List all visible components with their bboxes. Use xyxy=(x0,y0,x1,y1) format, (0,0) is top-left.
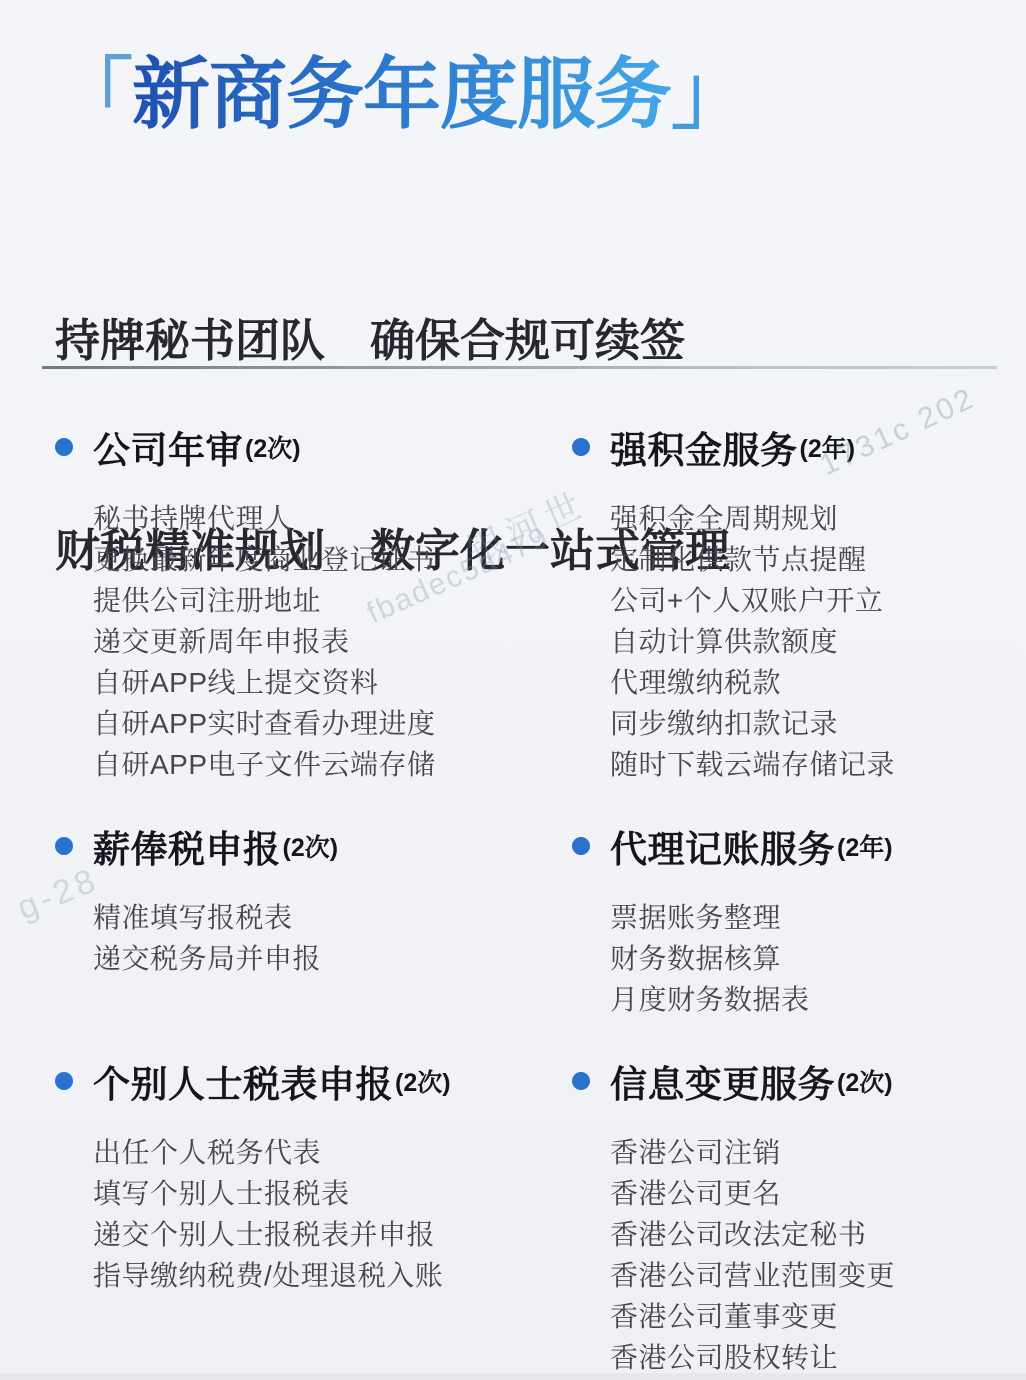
section-header: 个别人士税表申报 (2次) xyxy=(55,1058,572,1104)
section-count: (2年) xyxy=(837,828,893,864)
list-item: 自动计算供款额度 xyxy=(610,619,1000,660)
page-bottom-edge xyxy=(0,1373,1026,1380)
section-info-change-service: 信息变更服务 (2次) 香港公司注销 香港公司更名 香港公司改法定秘书 香港公司… xyxy=(572,1058,1000,1376)
list-item: 出任个人税务代表 xyxy=(93,1130,572,1171)
section-title: 薪俸税申报 xyxy=(93,819,281,873)
section-item-list: 出任个人税务代表 填写个别人士报税表 递交个别人士报税表并申报 指导缴纳税费/处… xyxy=(93,1130,572,1294)
section-mpf-service: 强积金服务 (2年) 强积金全周期规划 定制化供款节点提醒 公司+个人双账户开立… xyxy=(572,424,1000,783)
list-item: 精准填写报税表 xyxy=(93,895,572,936)
section-item-list: 强积金全周期规划 定制化供款节点提醒 公司+个人双账户开立 自动计算供款额度 代… xyxy=(610,496,1000,783)
section-bullet-icon xyxy=(572,837,590,855)
list-item: 香港公司董事变更 xyxy=(610,1294,1000,1335)
section-bookkeeping-service: 代理记账服务 (2年) 票据账务整理 财务数据核算 月度财务数据表 xyxy=(572,823,1000,1018)
page-title: 「新商务年度服务」 xyxy=(55,40,748,148)
section-bullet-icon xyxy=(55,438,73,456)
section-header: 代理记账服务 (2年) xyxy=(572,823,1000,869)
list-item: 财务数据核算 xyxy=(610,936,1000,977)
list-item: 自研APP实时查看办理进度 xyxy=(93,701,572,742)
section-count: (2次) xyxy=(245,429,301,465)
list-item: 定制化供款节点提醒 xyxy=(610,537,1000,578)
section-title: 强积金服务 xyxy=(610,420,798,474)
section-bullet-icon xyxy=(572,1072,590,1090)
section-header: 强积金服务 (2年) xyxy=(572,424,1000,470)
section-count: (2年) xyxy=(800,429,856,465)
list-item: 香港公司营业范围变更 xyxy=(610,1253,1000,1294)
section-item-list: 精准填写报税表 递交税务局并申报 xyxy=(93,895,572,977)
list-item: 代理缴纳税款 xyxy=(610,660,1000,701)
list-item: 提供公司注册地址 xyxy=(93,578,572,619)
list-item: 香港公司改法定秘书 xyxy=(610,1212,1000,1253)
section-bullet-icon xyxy=(572,438,590,456)
list-item: 月度财务数据表 xyxy=(610,977,1000,1018)
list-item: 公司+个人双账户开立 xyxy=(610,578,1000,619)
section-title: 信息变更服务 xyxy=(610,1054,835,1108)
section-bullet-icon xyxy=(55,1072,73,1090)
list-item: 随时下载云端存储记录 xyxy=(610,742,1000,783)
section-company-annual-review: 公司年审 (2次) 秘书持牌代理人 更换最新年度商业登记证书 提供公司注册地址 … xyxy=(55,424,572,783)
section-header: 公司年审 (2次) xyxy=(55,424,572,470)
list-item: 香港公司注销 xyxy=(610,1130,1000,1171)
list-item: 自研APP线上提交资料 xyxy=(93,660,572,701)
section-title: 代理记账服务 xyxy=(610,819,835,873)
service-poster: 「新商务年度服务」 持牌秘书团队 确保合规可续签 财税精准规划 数字化一站式管理… xyxy=(0,0,1026,1380)
list-item: 秘书持牌代理人 xyxy=(93,496,572,537)
section-count: (2次) xyxy=(837,1063,893,1099)
list-item: 填写个别人士报税表 xyxy=(93,1171,572,1212)
section-salaries-tax-filing: 薪俸税申报 (2次) 精准填写报税表 递交税务局并申报 xyxy=(55,823,572,1018)
list-item: 递交税务局并申报 xyxy=(93,936,572,977)
title-open-bracket: 「 xyxy=(55,50,132,138)
list-item: 更换最新年度商业登记证书 xyxy=(93,537,572,578)
section-item-list: 香港公司注销 香港公司更名 香港公司改法定秘书 香港公司营业范围变更 香港公司董… xyxy=(610,1130,1000,1376)
title-text: 新商务年度服务 xyxy=(132,50,671,138)
title-close-bracket: 」 xyxy=(671,50,748,138)
section-item-list: 秘书持牌代理人 更换最新年度商业登记证书 提供公司注册地址 递交更新周年申报表 … xyxy=(93,496,572,783)
list-item: 香港公司股权转让 xyxy=(610,1335,1000,1376)
service-sections-grid: 公司年审 (2次) 秘书持牌代理人 更换最新年度商业登记证书 提供公司注册地址 … xyxy=(55,424,1000,1376)
list-item: 同步缴纳扣款记录 xyxy=(610,701,1000,742)
section-bullet-icon xyxy=(55,837,73,855)
list-item: 指导缴纳税费/处理退税入账 xyxy=(93,1253,572,1294)
section-title: 个别人士税表申报 xyxy=(93,1054,393,1108)
divider-line xyxy=(42,366,997,369)
section-header: 薪俸税申报 (2次) xyxy=(55,823,572,869)
section-count: (2次) xyxy=(283,828,339,864)
list-item: 递交更新周年申报表 xyxy=(93,619,572,660)
section-title: 公司年审 xyxy=(93,420,243,474)
section-item-list: 票据账务整理 财务数据核算 月度财务数据表 xyxy=(610,895,1000,1018)
list-item: 递交个别人士报税表并申报 xyxy=(93,1212,572,1253)
list-item: 强积金全周期规划 xyxy=(610,496,1000,537)
list-item: 香港公司更名 xyxy=(610,1171,1000,1212)
list-item: 自研APP电子文件云端存储 xyxy=(93,742,572,783)
section-header: 信息变更服务 (2次) xyxy=(572,1058,1000,1104)
section-individual-tax-filing: 个别人士税表申报 (2次) 出任个人税务代表 填写个别人士报税表 递交个别人士报… xyxy=(55,1058,572,1376)
list-item: 票据账务整理 xyxy=(610,895,1000,936)
section-count: (2次) xyxy=(395,1063,451,1099)
